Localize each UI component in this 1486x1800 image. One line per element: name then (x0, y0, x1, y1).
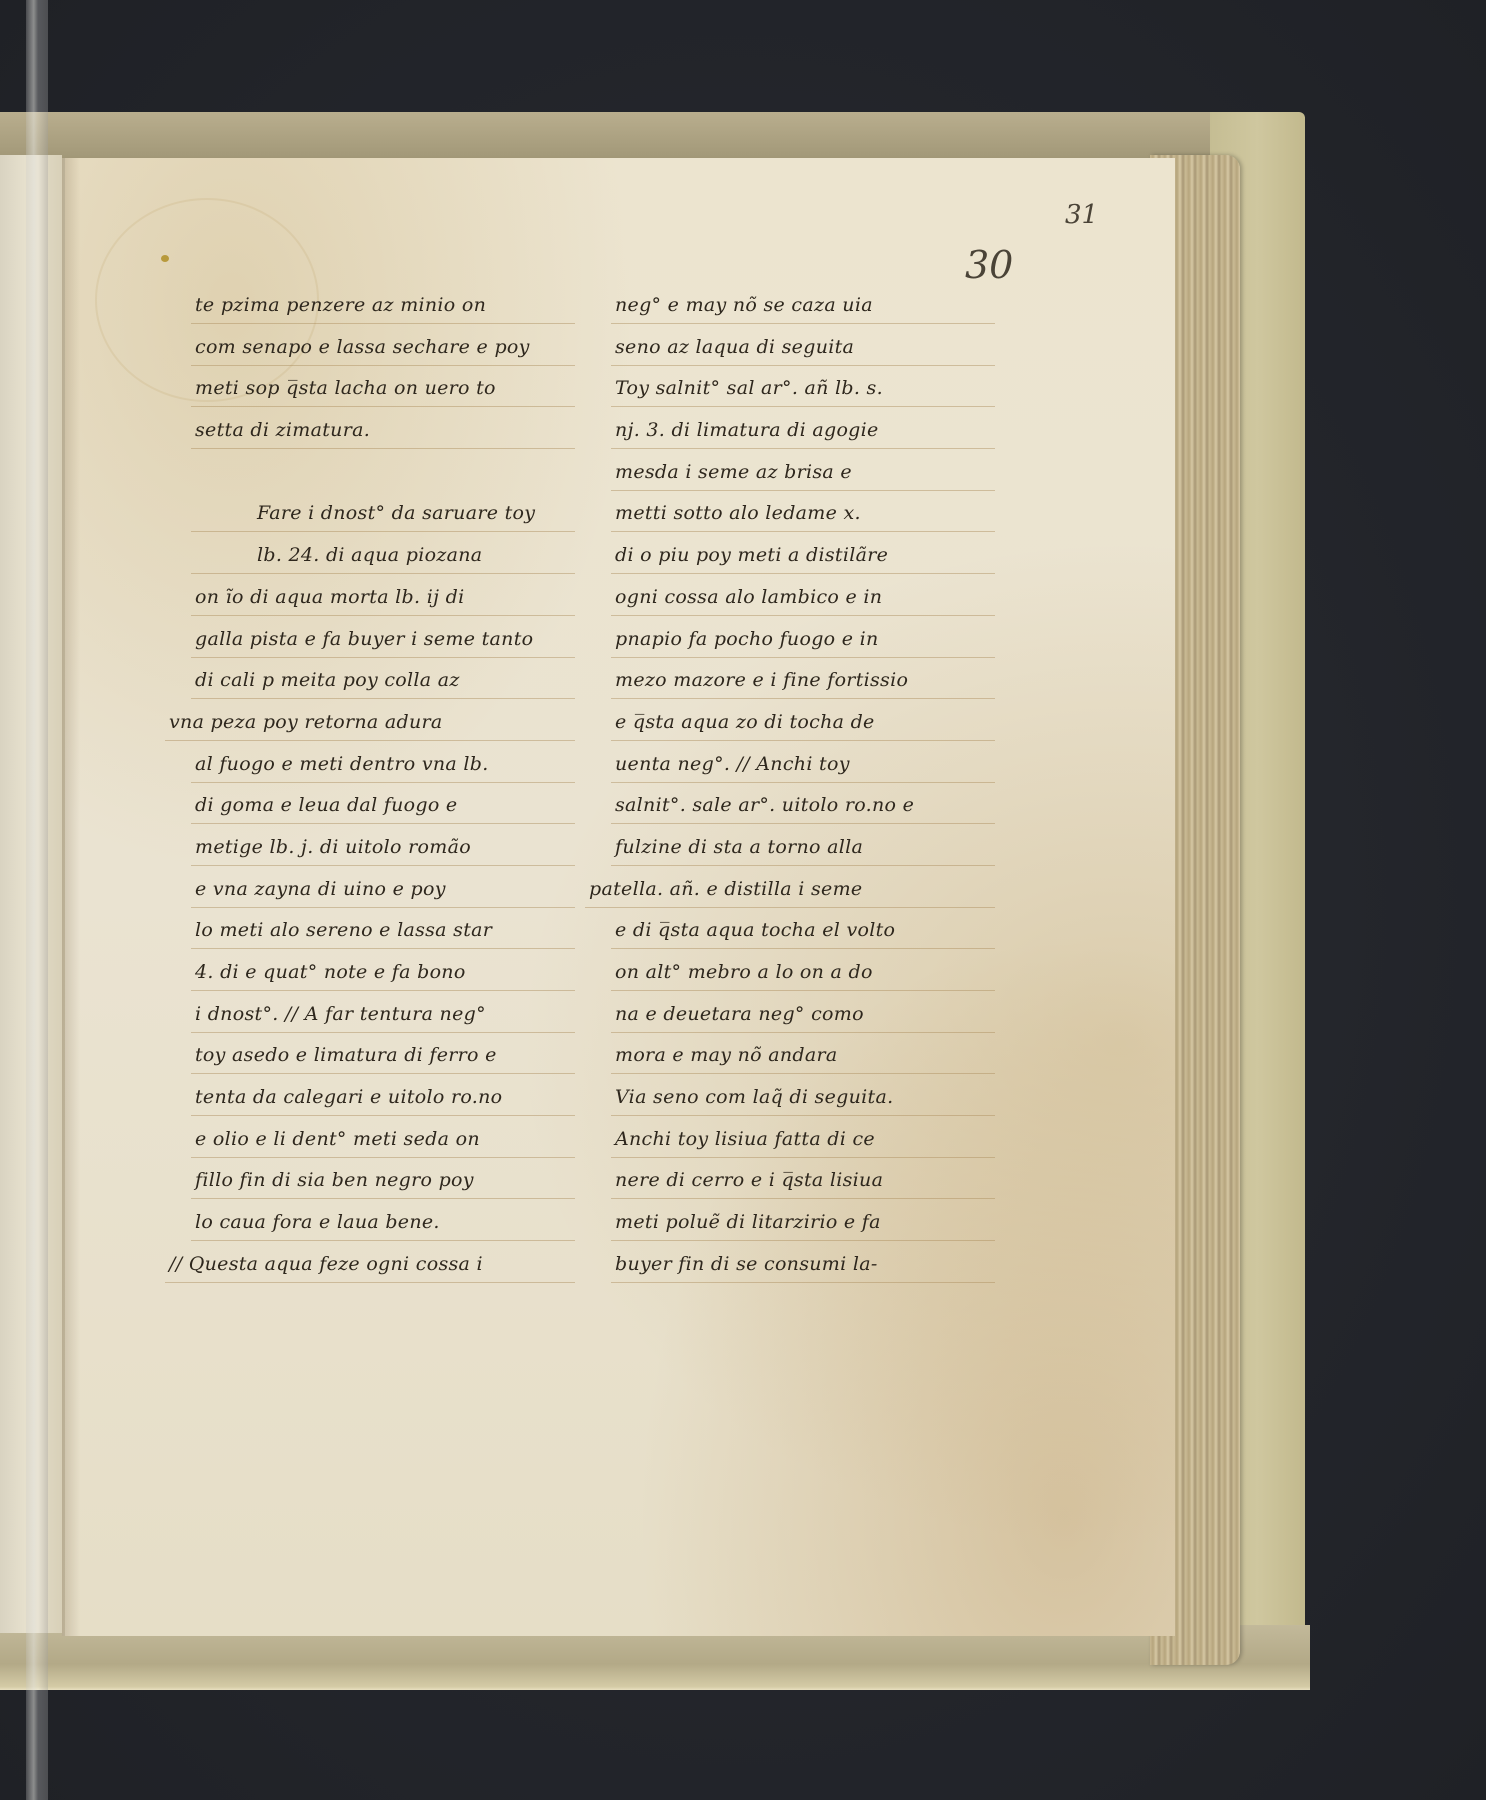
folio-number-modern: 31 (1065, 200, 1098, 230)
text-line: mesda i seme az brisa e (615, 457, 985, 499)
text-line: 4. di e quat° note e fa bono (195, 957, 565, 999)
text-line: fulzine di sta a torno alla (615, 832, 985, 874)
text-line: pnapio fa pocho fuogo e in (615, 624, 985, 666)
text-line: Fare i dnost° da saruare toy (195, 498, 565, 540)
text-line: lb. 24. di aqua piozana (195, 540, 565, 582)
text-line: fillo fin di sia ben negro poy (195, 1165, 565, 1207)
folio-number-original: 30 (965, 243, 1013, 287)
text-line: nere di cerro e i q̅sta lisiua (615, 1165, 985, 1207)
text-line: di cali p meita poy colla az (195, 665, 565, 707)
text-line: galla pista e fa buyer i seme tanto (195, 624, 565, 666)
text-line: vna peza poy retorna adura (169, 707, 565, 749)
text-line: te pzima penzere az minio on (195, 290, 565, 332)
text-line: lo meti alo sereno e lassa star (195, 915, 565, 957)
text-line: mezo mazore e i fine fortissio (615, 665, 985, 707)
text-line: metti sotto alo ledame x. (615, 498, 985, 540)
text-line: seno az laqua di seguita (615, 332, 985, 374)
text-line: Anchi toy lisiua fatta di ce (615, 1124, 985, 1166)
text-line: lo caua fora e laua bene. (195, 1207, 565, 1249)
text-line: uenta neg°. // Anchi toy (615, 749, 985, 791)
text-line: meti poluẽ di litarzirio e fa (615, 1207, 985, 1249)
text-line: // Questa aqua feze ogni cossa i (169, 1249, 565, 1291)
text-line: on alt° mebro a lo on a do (615, 957, 985, 999)
text-line: e vna zayna di uino e poy (195, 874, 565, 916)
text-line: Via seno com laq̃ di seguita. (615, 1082, 985, 1124)
text-line: di o piu poy meti a distilãre (615, 540, 985, 582)
text-line: nj. 3. di limatura di agogie (615, 415, 985, 457)
text-line: ogni cossa alo lambico e in (615, 582, 985, 624)
text-line: com senapo e lassa sechare e poy (195, 332, 565, 374)
text-line: e olio e li dent° meti seda on (195, 1124, 565, 1166)
text-line: salnit°. sale ar°. uitolo ro.no e (615, 790, 985, 832)
text-line: on ĩo di aqua morta lb. ij di (195, 582, 565, 624)
text-line: di goma e leua dal fuogo e (195, 790, 565, 832)
text-line: e q̅sta aqua zo di tocha de (615, 707, 985, 749)
text-line: neg° e may nõ se caza uia (615, 290, 985, 332)
glass-weight-rod (26, 0, 48, 1800)
text-line: i dnost°. // A far tentura neg° (195, 999, 565, 1041)
text-line: buyer fin di se consumi la- (615, 1249, 985, 1291)
text-column-left: te pzima penzere az minio on com senapo … (195, 290, 565, 1291)
blank-line (195, 457, 565, 499)
text-line: patella. añ. e distilla i seme (589, 874, 985, 916)
text-line: Toy salnit° sal ar°. añ lb. s. (615, 373, 985, 415)
text-line: metige lb. j. di uitolo romão (195, 832, 565, 874)
text-line: e di q̅sta aqua tocha el volto (615, 915, 985, 957)
text-line: al fuogo e meti dentro vna lb. (195, 749, 565, 791)
gutter-shadow (62, 158, 80, 1636)
text-line: tenta da calegari e uitolo ro.no (195, 1082, 565, 1124)
text-line: setta di zimatura. (195, 415, 565, 457)
text-line: na e deuetara neg° como (615, 999, 985, 1041)
text-column-right: neg° e may nõ se caza uia seno az laqua… (615, 290, 985, 1291)
text-line: meti sop q̅sta lacha on uero to (195, 373, 565, 415)
text-line: mora e may nõ andara (615, 1040, 985, 1082)
text-line: toy asedo e limatura di ferro e (195, 1040, 565, 1082)
